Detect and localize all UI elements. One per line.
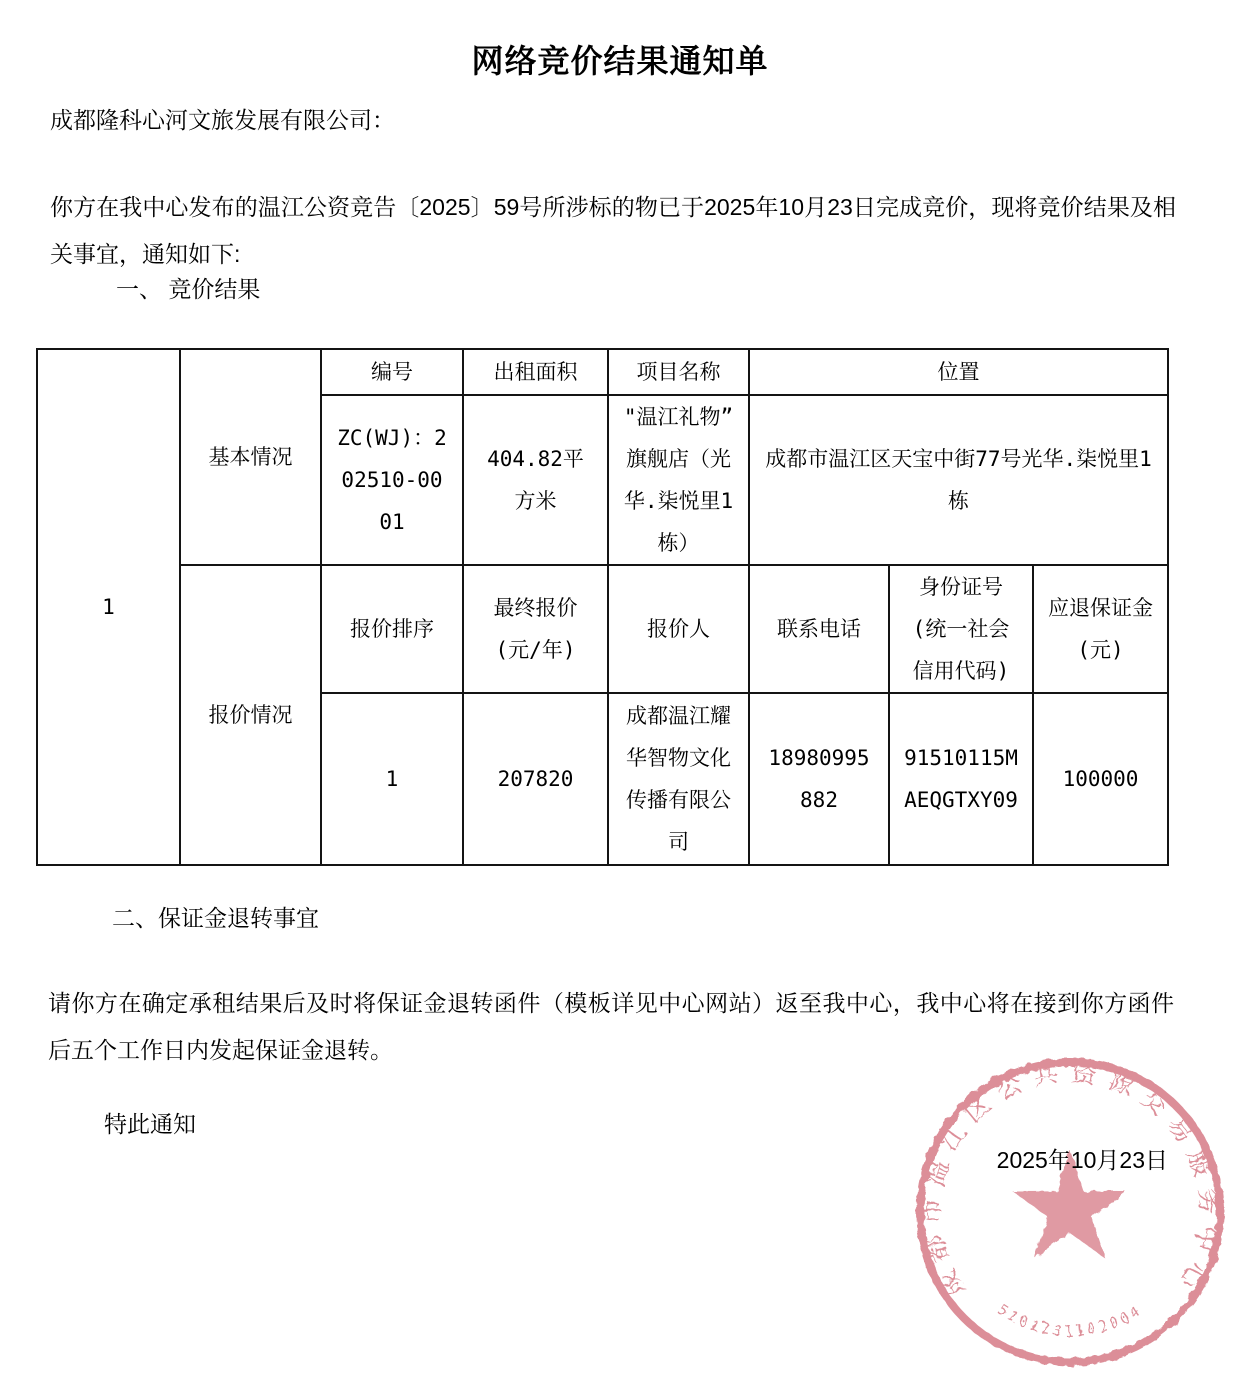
seal-code-text: 5101231102004 xyxy=(994,1300,1145,1340)
bid-result-table-wrap: 1 基本情况 编号 出租面积 项目名称 位置 ZC(WJ)：202510-000… xyxy=(36,348,1169,866)
header-final-price-cell: 最终报价(元/年) xyxy=(463,565,608,693)
location-value-cell: 成都市温江区天宝中街77号光华.柒悦里1栋 xyxy=(749,395,1168,565)
area-value-cell: 404.82平方米 xyxy=(463,395,608,565)
header-project-cell: 项目名称 xyxy=(608,349,749,395)
rank-value-cell: 1 xyxy=(321,693,463,865)
serial-cell: 1 xyxy=(37,349,180,865)
credit-code-value-cell: 91510115MAEQGTXY09 xyxy=(889,693,1033,865)
quote-info-label-cell: 报价情况 xyxy=(180,565,321,865)
section2-heading: 二、保证金退转事宜 xyxy=(112,900,319,933)
bid-result-table: 1 基本情况 编号 出租面积 项目名称 位置 ZC(WJ)：202510-000… xyxy=(36,348,1169,866)
header-area-cell: 出租面积 xyxy=(463,349,608,395)
notice-document: 网络竞价结果通知单 成都隆科心河文旅发展有限公司： 你方在我中心发布的温江公资竞… xyxy=(0,0,1240,1384)
project-value-cell: "温江礼物”旗舰店（光华.柒悦里1栋） xyxy=(608,395,749,565)
header-bidder-cell: 报价人 xyxy=(608,565,749,693)
header-code-cell: 编号 xyxy=(321,349,463,395)
header-rank-cell: 报价排序 xyxy=(321,565,463,693)
header-phone-cell: 联系电话 xyxy=(749,565,889,693)
official-seal-icon: 成都市温江区公共资源交易服务中心 5101231102004 xyxy=(906,1048,1234,1376)
final-price-value-cell: 207820 xyxy=(463,693,608,865)
intro-paragraph: 你方在我中心发布的温江公资竞告〔2025〕59号所涉标的物已于2025年10月2… xyxy=(50,184,1176,278)
basic-info-label-cell: 基本情况 xyxy=(180,349,321,565)
closing-line: 特此通知 xyxy=(104,1106,196,1139)
document-title: 网络竞价结果通知单 xyxy=(0,36,1240,82)
header-deposit-cell: 应退保证金(元) xyxy=(1033,565,1168,693)
header-location-cell: 位置 xyxy=(749,349,1168,395)
phone-value-cell: 18980995882 xyxy=(749,693,889,865)
bidder-value-cell: 成都温江耀华智物文化传播有限公司 xyxy=(608,693,749,865)
recipient-line: 成都隆科心河文旅发展有限公司： xyxy=(50,102,395,135)
section1-heading: 一、 竞价结果 xyxy=(116,271,260,304)
deposit-value-cell: 100000 xyxy=(1033,693,1168,865)
header-credit-code-cell: 身份证号(统一社会信用代码) xyxy=(889,565,1033,693)
code-value-cell: ZC(WJ)：202510-0001 xyxy=(321,395,463,565)
date-text: 2025年10月23日 xyxy=(997,1142,1168,1175)
